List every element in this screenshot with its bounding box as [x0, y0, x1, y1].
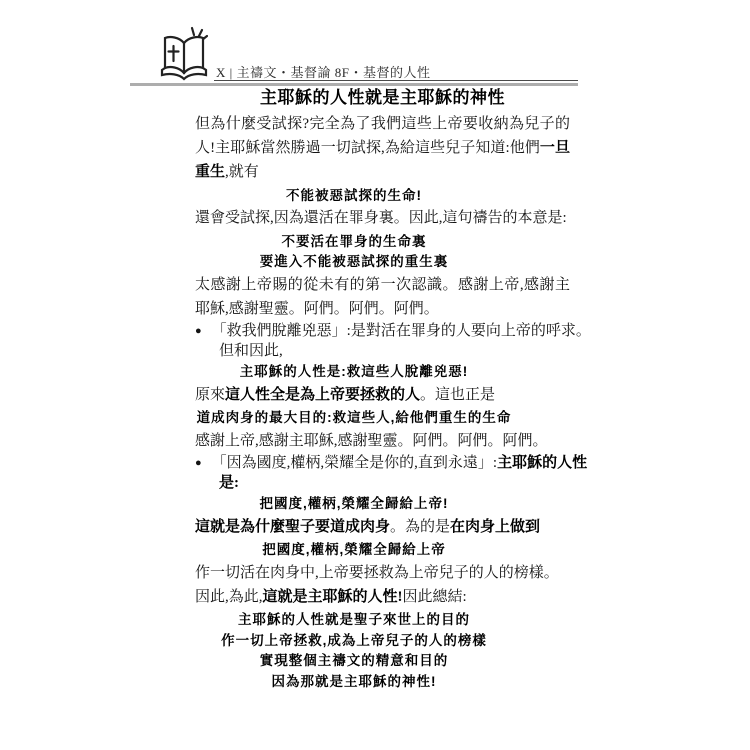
body-text: 因此,為此, — [195, 589, 263, 605]
emphasis-line: 作一切上帝拯救,成為上帝兒子的人的榜樣 — [130, 631, 578, 650]
emphasis-line: 把國度,權柄,榮耀全歸給上帝 — [130, 540, 578, 559]
body-text: 不能被惡試探的生命! — [286, 188, 422, 203]
body-text: 作一切上帝拯救,成為上帝兒子的人的榜樣 — [221, 633, 487, 648]
body-text: 因此總結: — [403, 589, 467, 605]
emphasis-line: 主耶穌的人性就是聖子來世上的目的 — [130, 610, 578, 629]
body-text: 主耶穌的人性就是聖子來世上的目的 — [238, 612, 470, 627]
document-page: X | 主禱文・基督論 8F・基督的人性 主耶穌的人性就是主耶穌的神性 但為什麼… — [0, 0, 750, 750]
bullet-icon: ● — [195, 457, 212, 469]
body-text: 主耶穌的人性是:救這些人脫離兇惡! — [240, 364, 469, 379]
paragraph: 感謝上帝,感謝主耶穌,感謝聖靈。阿們。阿們。阿們。 — [195, 429, 570, 453]
body-text: 作一切活在肉身中,上帝要拯救為上帝兒子的人的榜樣。 — [195, 565, 559, 581]
emphasis-line: 實現整個主禱文的精意和目的 — [130, 651, 578, 670]
paragraph: 因此,為此,這就是主耶穌的人性!因此總結: — [195, 585, 570, 609]
header-rule-thin — [214, 80, 578, 81]
content: 主耶穌的人性就是主耶穌的神性 但為什麼受試探?完全為了我們這些上帝要收納為兒子的… — [130, 88, 578, 692]
body-text: 道成肉身的最大目的:救這些人,給他們重生的生命 — [197, 410, 512, 425]
emphasis-text: 這就是為什麼聖子要道成肉身 — [195, 519, 390, 535]
body-text: 太感謝上帝賜的從未有的第一次認識。感謝上帝,感謝主耶穌,感謝聖靈。阿們。阿們。阿… — [195, 277, 570, 317]
emphasis-line: 道成肉身的最大目的:救這些人,給他們重生的生命 — [130, 408, 578, 427]
body-text: 因為那就是主耶穌的神性! — [272, 674, 437, 689]
emphasis-text: 在肉身上做到 — [450, 519, 540, 535]
paragraph: 原來這人性全是為上帝要拯救的人。這也正是 — [195, 383, 570, 407]
body-text: 把國度,權柄,榮耀全歸給上帝! — [260, 496, 449, 511]
body-text: 「救我們脫離兇惡」:是對活在罪身的人要向上帝的呼求。但和因此, — [212, 323, 591, 359]
paragraph: 太感謝上帝賜的從未有的第一次認識。感謝上帝,感謝主耶穌,感謝聖靈。阿們。阿們。阿… — [195, 273, 570, 321]
emphasis-text: 這人性全是為上帝要拯救的人 — [225, 387, 420, 403]
emphasis-line: 要進入不能被惡試探的重生裏 — [130, 252, 578, 271]
body-text: 實現整個主禱文的精意和目的 — [260, 653, 449, 668]
page-title: 主耶穌的人性就是主耶穌的神性 — [195, 88, 570, 108]
paragraph: 還會受試探,因為還活在罪身裏。因此,這句禱告的本意是: — [195, 206, 570, 230]
bullet-item: ●「救我們脫離兇惡」:是對活在罪身的人要向上帝的呼求。但和因此, — [195, 321, 594, 361]
emphasis-line: 不要活在罪身的生命裏 — [130, 232, 578, 251]
emphasis-line: 主耶穌的人性是:救這些人脫離兇惡! — [130, 362, 578, 381]
emphasis-line: 因為那就是主耶穌的神性! — [130, 672, 578, 691]
breadcrumb: X | 主禱文・基督論 8F・基督的人性 — [216, 62, 430, 81]
paragraph: 這就是為什麼聖子要道成肉身。為的是在肉身上做到 — [195, 515, 570, 539]
body-text: 還會受試探,因為還活在罪身裏。因此,這句禱告的本意是: — [195, 210, 567, 226]
body-text: 不要活在罪身的生命裏 — [282, 234, 427, 249]
bullet-icon: ● — [195, 325, 212, 337]
body-text: 要進入不能被惡試探的重生裏 — [260, 254, 449, 269]
body-text: 原來 — [195, 387, 225, 403]
header: X | 主禱文・基督論 8F・基督的人性 — [0, 0, 750, 88]
body-text: ,就有 — [225, 164, 259, 180]
paragraph: 但為什麼受試探?完全為了我們這些上帝要收納為兒子的人!主耶穌當然勝過一切試探,為… — [195, 112, 570, 184]
open-book-cross-icon — [160, 26, 208, 82]
body-text: 。這也正是 — [420, 387, 495, 403]
paragraph: 作一切活在肉身中,上帝要拯救為上帝兒子的人的榜樣。 — [195, 561, 570, 585]
emphasis-line: 把國度,權柄,榮耀全歸給上帝! — [130, 494, 578, 513]
body-text: 「因為國度,權柄,榮耀全是你的,直到永遠」: — [212, 455, 497, 471]
emphasis-text: 這就是主耶穌的人性! — [263, 589, 403, 605]
body-text: 把國度,權柄,榮耀全歸給上帝 — [262, 542, 446, 557]
body-text: 。為的是 — [390, 519, 450, 535]
body-text: 感謝上帝,感謝主耶穌,感謝聖靈。阿們。阿們。阿們。 — [195, 433, 548, 449]
emphasis-line: 不能被惡試探的生命! — [130, 186, 578, 205]
bullet-item: ●「因為國度,權柄,榮耀全是你的,直到永遠」:主耶穌的人性是: — [195, 453, 594, 493]
header-rule-thick — [130, 83, 578, 86]
body-text: 但為什麼受試探?完全為了我們這些上帝要收納為兒子的人!主耶穌當然勝過一切試探,為… — [195, 116, 570, 156]
